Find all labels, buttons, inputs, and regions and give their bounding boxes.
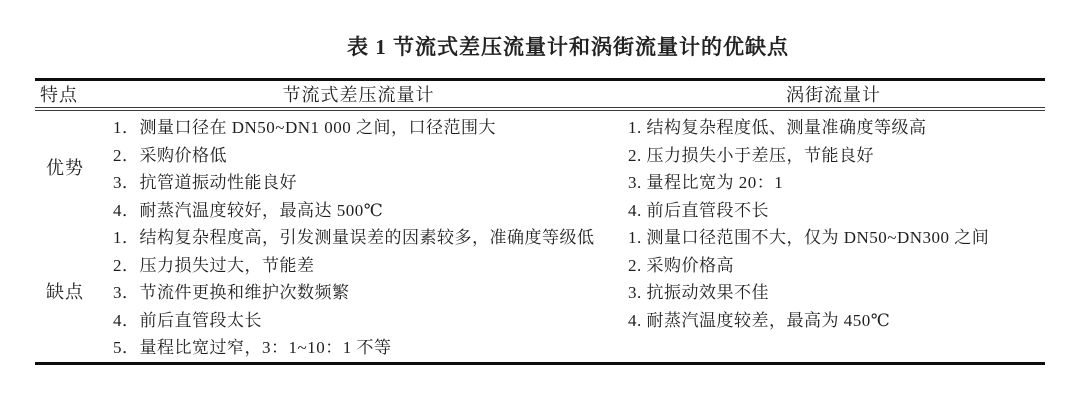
cell-differential-advantage-4: 4．耐蒸汽温度较好，最高达 500℃ [95,195,622,223]
cell-differential-disadvantage-5: 5．量程比宽过窄，3：1~10：1 不等 [95,332,622,360]
cell-differential-disadvantage-4: 4．前后直管段太长 [95,305,622,333]
document-page: 表 1 节流式差压流量计和涡街流量计的优缺点 特点 节流式差压流量计 涡街流量计… [0,0,1080,410]
header-vortex-flowmeter: 涡街流量计 [622,81,1045,107]
table-caption: 表 1 节流式差压流量计和涡街流量计的优缺点 [28,31,1080,61]
header-feature: 特点 [35,81,95,107]
comparison-table: 特点 节流式差压流量计 涡街流量计 优势 缺点 1．测量口径在 DN50~DN1… [35,78,1045,365]
table-header-row: 特点 节流式差压流量计 涡街流量计 [35,81,1045,111]
cell-vortex-disadvantage-2: 2. 采购价格高 [622,250,1045,278]
cell-differential-disadvantage-2: 2．压力损失过大，节能差 [95,250,622,278]
row-label-advantages: 优势 [35,112,95,222]
cell-vortex-advantage-3: 3. 量程比宽为 20：1 [622,167,1045,195]
cell-vortex-advantage-2: 2. 压力损失小于差压，节能良好 [622,140,1045,168]
cell-differential-disadvantage-1: 1．结构复杂程度高，引发测量误差的因素较多，准确度等级低 [95,222,622,250]
table-body: 优势 缺点 1．测量口径在 DN50~DN1 000 之间，口径范围大 2．采购… [35,111,1045,362]
cell-differential-advantage-1: 1．测量口径在 DN50~DN1 000 之间，口径范围大 [95,112,622,140]
cell-differential-advantage-2: 2．采购价格低 [95,140,622,168]
cell-differential-disadvantage-3: 3．节流件更换和维护次数频繁 [95,277,622,305]
cell-vortex-advantage-4: 4. 前后直管段不长 [622,195,1045,223]
cell-vortex-disadvantage-4: 4. 耐蒸汽温度较差，最高为 450℃ [622,305,1045,333]
cell-vortex-disadvantage-3: 3. 抗振动效果不佳 [622,277,1045,305]
header-differential-flowmeter: 节流式差压流量计 [95,81,622,107]
cell-vortex-disadvantage-1: 1. 测量口径范围不大，仅为 DN50~DN300 之间 [622,222,1045,250]
cell-differential-advantage-3: 3．抗管道振动性能良好 [95,167,622,195]
row-label-disadvantages: 缺点 [35,222,95,360]
cell-vortex-advantage-1: 1. 结构复杂程度低、测量准确度等级高 [622,112,1045,140]
